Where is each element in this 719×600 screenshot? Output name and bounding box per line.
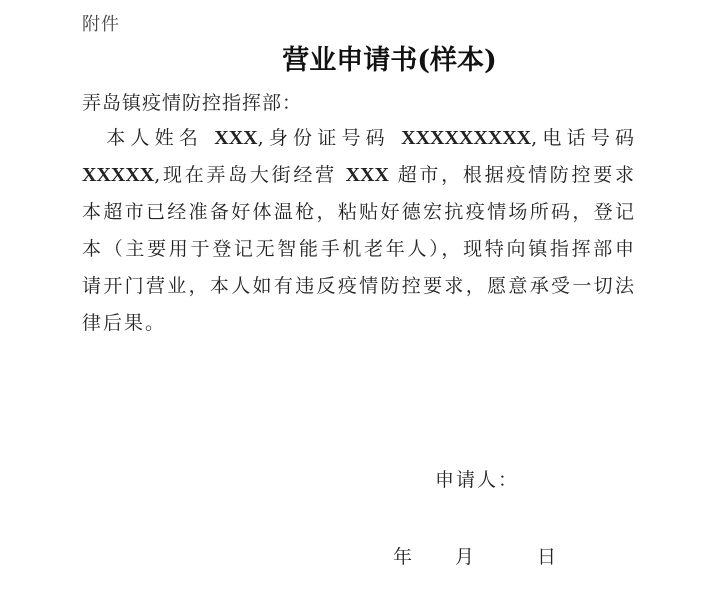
salutation: 弄岛镇疫情防控指挥部：	[82, 88, 302, 115]
text-segment: ,身份证号码	[258, 127, 402, 149]
body-line-4: 本（主要用于登记无智能手机老年人），现特向镇指挥部申	[82, 231, 634, 268]
text-segment: 超市，根据疫情防控要求	[389, 164, 634, 186]
id-number-placeholder: XXXXXXXXX	[401, 127, 531, 149]
store-name-placeholder: XXX	[346, 164, 389, 186]
phone-placeholder: XXXXX	[82, 164, 154, 186]
applicant-signature-label: 申请人：	[435, 465, 519, 492]
text-segment: ,现在弄岛大街经营	[154, 164, 345, 186]
body-line-3: 本超市已经准备好体温枪，粘贴好德宏抗疫情场所码，登记	[82, 194, 634, 231]
name-placeholder: XXX	[214, 127, 257, 149]
body-line-1: 本人姓名 XXX,身份证号码 XXXXXXXXX,电话号码	[82, 120, 634, 157]
date-day-label: 日	[537, 542, 556, 569]
body-line-6: 律后果。	[82, 305, 634, 342]
text-segment: ,电话号码	[531, 127, 634, 149]
body-line-2: XXXXX,现在弄岛大街经营 XXX 超市，根据疫情防控要求	[82, 157, 634, 194]
attachment-label: 附件	[82, 10, 120, 36]
date-year-label: 年	[393, 542, 412, 569]
date-month-label: 月	[455, 542, 474, 569]
document-page: 附件 营业申请书(样本) 弄岛镇疫情防控指挥部： 本人姓名 XXX,身份证号码 …	[0, 0, 719, 600]
body-line-5: 请开门营业，本人如有违反疫情防控要求，愿意承受一切法	[82, 268, 634, 305]
text-segment: 本人姓名	[82, 127, 214, 149]
body-paragraph: 本人姓名 XXX,身份证号码 XXXXXXXXX,电话号码 XXXXX,现在弄岛…	[82, 120, 634, 342]
document-title: 营业申请书(样本)	[0, 38, 719, 77]
